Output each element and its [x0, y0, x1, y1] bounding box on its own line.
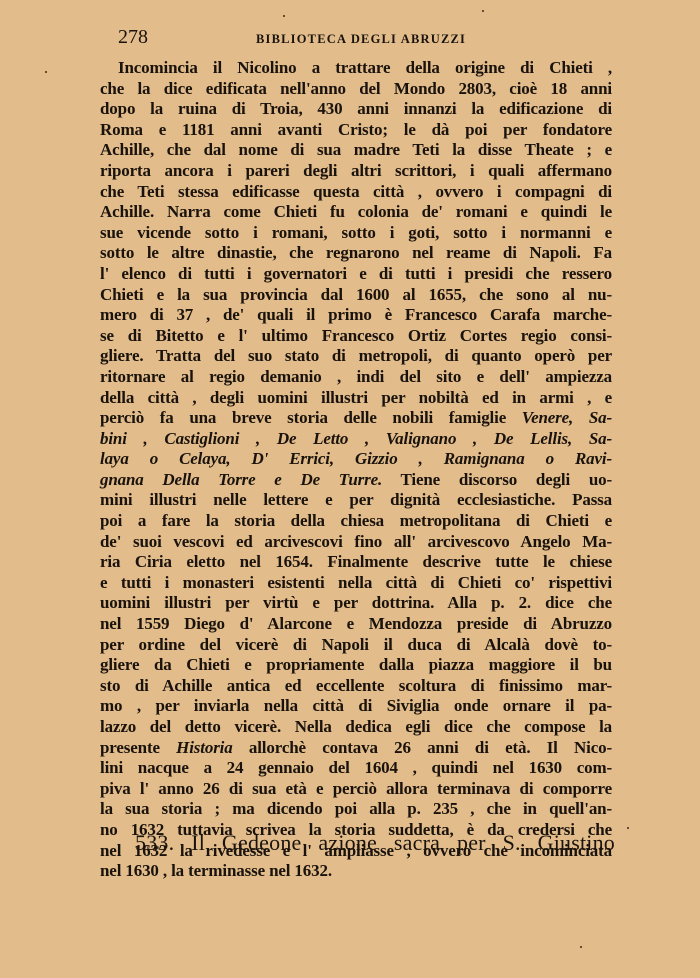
text-line: Incomincia il Nicolino a trattare della … — [100, 58, 612, 79]
text-line: se di Bitetto e l' ultimo Francesco Orti… — [100, 326, 612, 347]
text-line: Chieti e la sua provincia dal 1600 al 16… — [100, 285, 612, 306]
text-line: perciò fa una breve storia delle nobili … — [100, 408, 612, 429]
book-page: 278 BIBLIOTECA DEGLI ABRUZZI Incomincia … — [0, 0, 700, 978]
text-line: de' suoi vescovi ed arcivescovi fino all… — [100, 532, 612, 553]
text-line: per ordine del vicerè di Napoli il duca … — [100, 635, 612, 656]
text-line: sto di Achille antica ed eccellente scol… — [100, 676, 612, 697]
text-line: ritornare al regio demanio , indi del si… — [100, 367, 612, 388]
text-line: piva l' anno 26 di sua età e perciò allo… — [100, 779, 612, 800]
paper-speck — [580, 946, 582, 948]
text-line: ria Ciria eletto nel 1654. Finalmente de… — [100, 552, 612, 573]
text-line: dopo la ruina di Troia, 430 anni innanzi… — [100, 99, 612, 120]
text-line: mero di 37 , de' quali il primo è France… — [100, 305, 612, 326]
text-line: Achille. Narra come Chieti fu colonia de… — [100, 202, 612, 223]
paper-speck — [627, 827, 629, 829]
text-line: Achille, che dal nome di sua madre Teti … — [100, 140, 612, 161]
entry-heading: 533. Il Gedeone azione sacra per S. Gius… — [135, 830, 615, 856]
text-line: riporta ancora i pareri degli altri scri… — [100, 161, 612, 182]
running-title: BIBLIOTECA DEGLI ABRUZZI — [256, 32, 466, 47]
text-line: mini illustri nelle lettere e per dignit… — [100, 490, 612, 511]
text-line: sotto le altre dinastie, che regnarono n… — [100, 243, 612, 264]
text-line: uomini illustri per virtù e per dottrina… — [100, 593, 612, 614]
text-line: l' elenco di tutti i governatori e di tu… — [100, 264, 612, 285]
text-line: della città , degli uomini illustri per … — [100, 388, 612, 409]
text-line: mo , per inviarla nella città di Sivigli… — [100, 696, 612, 717]
text-line: che la dice edificata nell'anno del Mond… — [100, 79, 612, 100]
text-line: che Teti stessa edificasse questa città … — [100, 182, 612, 203]
text-line: gliere. Tratta del suo stato di metropol… — [100, 346, 612, 367]
text-line: lini nacque a 24 gennaio del 1604 , quin… — [100, 758, 612, 779]
text-line: gliere da Chieti e propriamente dalla pi… — [100, 655, 612, 676]
paper-speck — [283, 15, 285, 17]
page-number: 278 — [118, 26, 148, 49]
text-line: laya o Celaya, D' Errici, Gizzio , Ramig… — [100, 449, 612, 470]
text-line: e tutti i monasteri esistenti nella citt… — [100, 573, 612, 594]
paper-speck — [45, 71, 47, 73]
text-line: la sua storia ; ma dicendo poi alla p. 2… — [100, 799, 612, 820]
text-line: nel 1630 , la terminasse nel 1632. — [100, 861, 612, 882]
paper-speck — [482, 10, 484, 12]
text-line: presente Historia allorchè contava 26 an… — [100, 738, 612, 759]
text-line: nel 1559 Diego d' Alarcone e Mendozza pr… — [100, 614, 612, 635]
body-paragraph: Incomincia il Nicolino a trattare della … — [100, 58, 612, 882]
text-line: gnana Della Torre e De Turre. Tiene disc… — [100, 470, 612, 491]
text-line: poi a fare la storia della chiesa metrop… — [100, 511, 612, 532]
text-line: Roma e 1181 anni avanti Cristo; le dà po… — [100, 120, 612, 141]
text-line: lazzo del detto vicerè. Nella dedica egl… — [100, 717, 612, 738]
text-line: sue vicende sotto i romani, sotto i goti… — [100, 223, 612, 244]
page-header: 278 BIBLIOTECA DEGLI ABRUZZI — [118, 26, 612, 50]
text-line: bini , Castiglioni , De Letto , Valignan… — [100, 429, 612, 450]
